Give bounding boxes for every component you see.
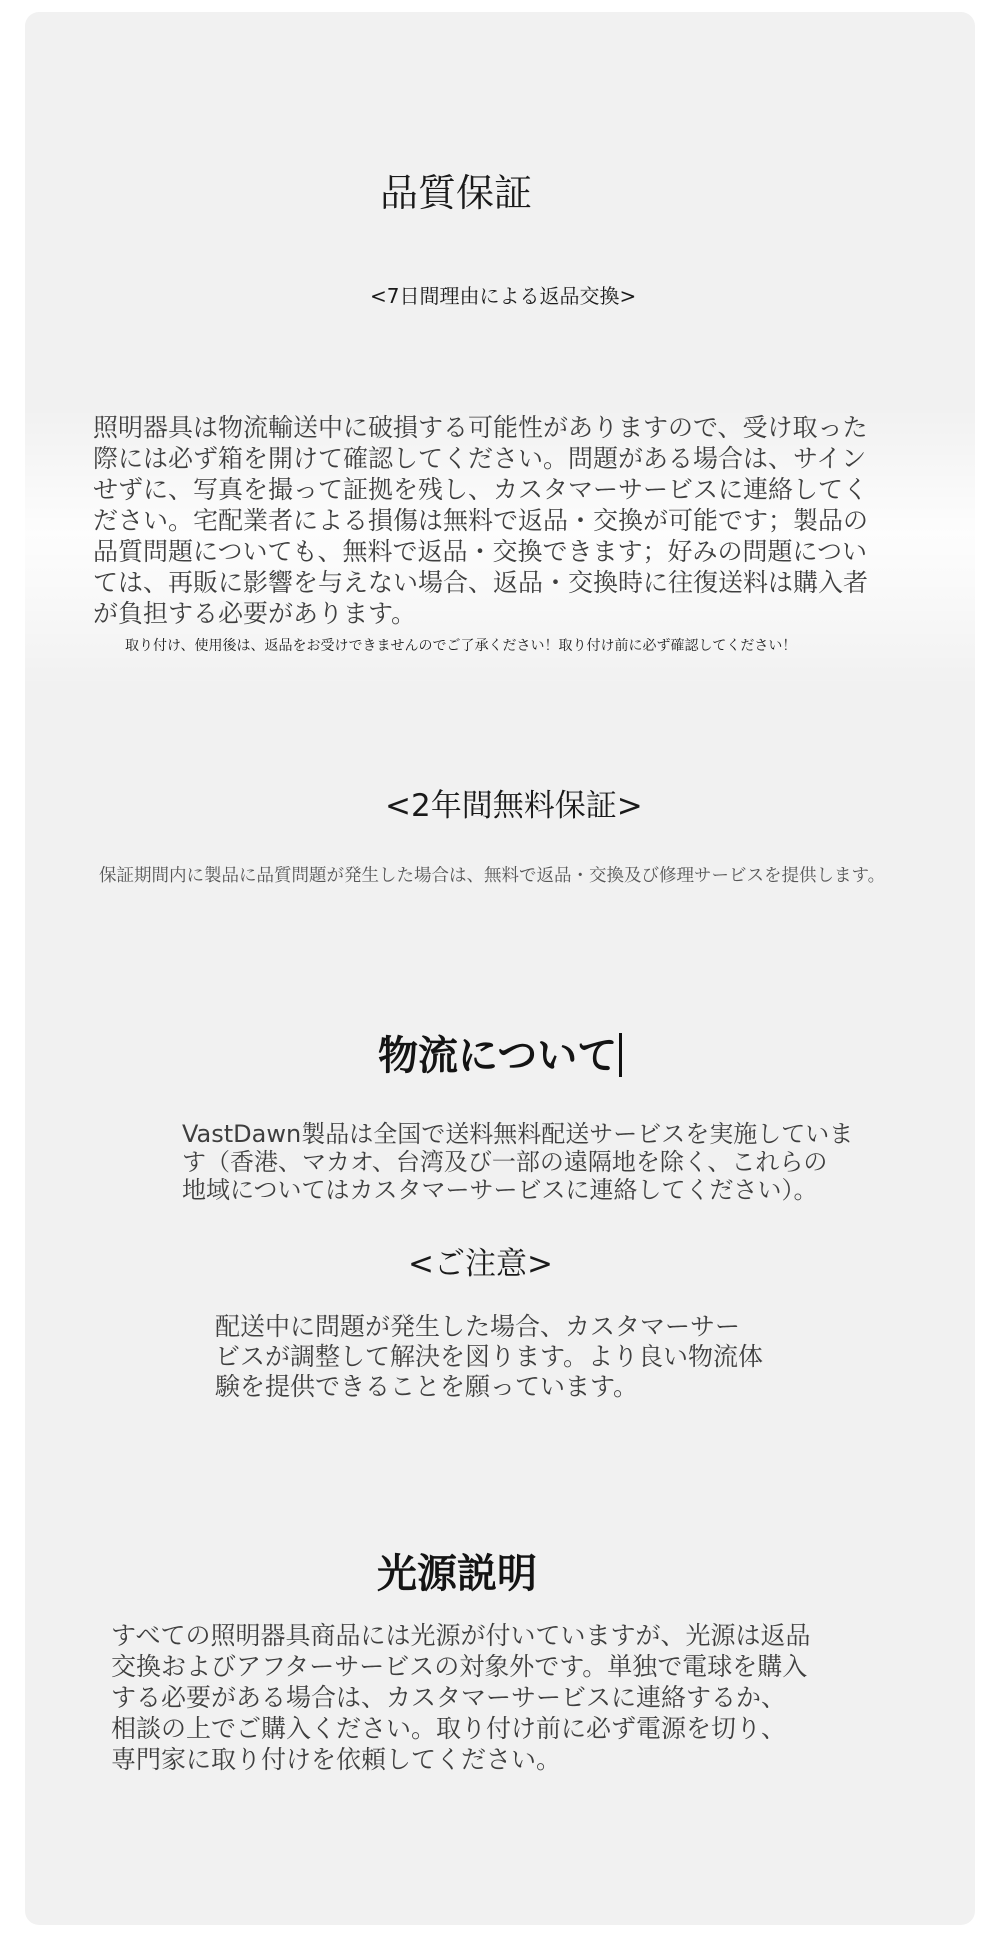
light-source-paragraph: すべての照明器具商品には光源が付いていますが、光源は返品 交換およびアフターサー… <box>111 1620 931 1775</box>
logistics-paragraph: VastDawn製品は全国で送料無料配送サービスを実施していま す（香港、マカオ… <box>182 1120 902 1204</box>
notice-heading: <ご注意> <box>408 1238 553 1283</box>
quality-title: 品質保証 <box>380 162 532 217</box>
para-line: 交換およびアフターサービスの対象外です。単独で電球を購入 <box>111 1651 931 1682</box>
return-note: 取り付け、使用後は、返品をお受けできませんのでご了承ください！取り付け前に必ず確… <box>125 635 796 655</box>
return-heading: <7日間理由による返品交換> <box>370 280 636 309</box>
para-line: すべての照明器具商品には光源が付いていますが、光源は返品 <box>111 1620 931 1651</box>
info-card: 品質保証 <7日間理由による返品交換> 照明器具は物流輸送中に破損する可能性があ… <box>25 12 975 1925</box>
para-line: 地域についてはカスタマーサービスに連絡してください）。 <box>182 1176 902 1204</box>
para-line: 配送中に問題が発生した場合、カスタマーサー <box>215 1312 855 1342</box>
para-line: す（香港、マカオ、台湾及び一部の遠隔地を除く、これらの <box>182 1148 902 1176</box>
para-line: 専門家に取り付けを依頼してください。 <box>111 1744 931 1775</box>
para-line: せずに、写真を撮って証拠を残し、カスタマーサービスに連絡してく <box>93 474 913 505</box>
para-line: 相談の上でご購入ください。取り付け前に必ず電源を切り、 <box>111 1713 931 1744</box>
para-line: 験を提供できることを願っています。 <box>215 1372 855 1402</box>
para-line: ては、再販に影響を与えない場合、返品・交換時に往復送料は購入者 <box>93 567 913 598</box>
para-line: VastDawn製品は全国で送料無料配送サービスを実施していま <box>182 1120 902 1148</box>
text-cursor-icon <box>619 1033 622 1077</box>
para-line: ださい。宅配業者による損傷は無料で返品・交換が可能です；製品の <box>93 505 913 536</box>
return-paragraph: 照明器具は物流輸送中に破損する可能性がありますので、受け取った 際には必ず箱を開… <box>93 412 913 629</box>
warranty-text: 保証期間内に製品に品質問題が発生した場合は、無料で返品・交換及び修理サービスを提… <box>99 862 885 887</box>
para-line: が負担する必要があります。 <box>93 598 913 629</box>
notice-paragraph: 配送中に問題が発生した場合、カスタマーサー ビスが調整して解決を図ります。より良… <box>215 1312 855 1402</box>
warranty-heading: <2年間無料保証> <box>385 780 643 825</box>
para-line: 照明器具は物流輸送中に破損する可能性がありますので、受け取った <box>93 412 913 443</box>
logistics-title-text: 物流について <box>378 1033 617 1079</box>
para-line: する必要がある場合は、カスタマーサービスに連絡するか、 <box>111 1682 931 1713</box>
para-line: 際には必ず箱を開けて確認してください。問題がある場合は、サイン <box>93 443 913 474</box>
logistics-title: 物流について <box>378 1024 622 1081</box>
light-source-title: 光源説明 <box>377 1542 537 1599</box>
para-line: ビスが調整して解決を図ります。より良い物流体 <box>215 1342 855 1372</box>
para-line: 品質問題についても、無料で返品・交換できます；好みの問題につい <box>93 536 913 567</box>
